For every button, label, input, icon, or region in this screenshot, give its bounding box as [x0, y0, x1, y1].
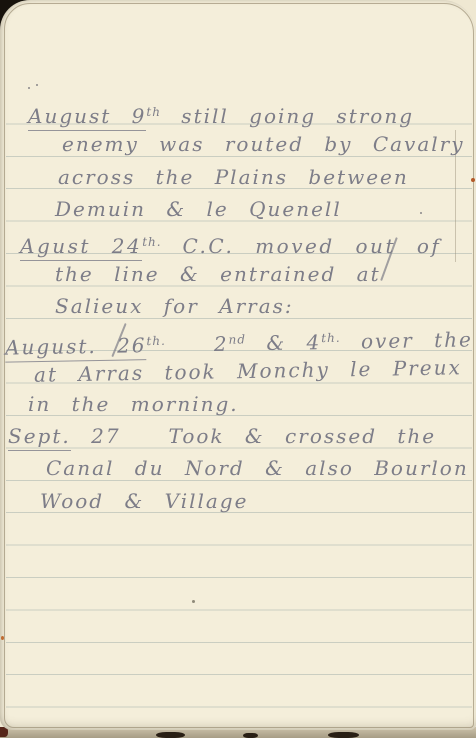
- handwriting-text: across the Plains between: [58, 165, 409, 189]
- ordinal-superscript: th.: [321, 331, 341, 345]
- scanned-notebook-photo: August 9th still going strongenemy was r…: [0, 0, 476, 738]
- page-stack-mark: [243, 733, 258, 738]
- handwriting-text: the line & entrained at: [55, 262, 381, 286]
- date-underlined: Sept.: [8, 424, 71, 451]
- diary-page: August 9th still going strongenemy was r…: [0, 0, 476, 730]
- handwriting-layer: August 9th still going strongenemy was r…: [0, 0, 476, 730]
- handwriting-text: Took & crossed the: [169, 424, 437, 448]
- ordinal-superscript: th.: [146, 334, 166, 348]
- diary-line-4: Demuin & le Quenell: [55, 196, 342, 222]
- handwriting-text: C.C. moved out of: [162, 234, 442, 258]
- diary-line-12: Canal du Nord & also Bourlon: [46, 455, 469, 481]
- date-underlined: August 9: [28, 104, 146, 131]
- handwriting-text: at Arras took Monchy le Preux: [34, 355, 462, 386]
- diary-line-13: Wood & Village: [40, 488, 248, 514]
- diary-line-1: August 9th still going strong: [28, 99, 414, 129]
- ordinal-superscript: th.: [142, 235, 161, 249]
- date-underlined: Agust 24: [20, 234, 142, 261]
- diary-line-5: Agust 24th. C.C. moved out of: [20, 229, 441, 259]
- handwriting-text: Wood & Village: [40, 489, 248, 513]
- handwriting-text: 2: [214, 332, 229, 356]
- diary-line-10: in the morning.: [28, 391, 239, 417]
- handwriting-text: 27: [71, 424, 121, 448]
- ordinal-superscript: nd: [228, 332, 246, 346]
- diary-line-11: Sept. 27Took & crossed the: [8, 423, 436, 449]
- page-stack-mark: [156, 732, 185, 738]
- page-stack-mark: [328, 732, 359, 738]
- handwriting-text: Salieux for Arras:: [55, 294, 294, 318]
- diary-line-6: the line & entrained at: [55, 261, 381, 287]
- handwriting-text: Canal du Nord & also Bourlon: [46, 456, 469, 480]
- diary-line-2: enemy was routed by Cavalry: [62, 131, 465, 157]
- ordinal-superscript: th: [146, 105, 161, 119]
- handwriting-text: Demuin & le Quenell: [55, 197, 342, 221]
- handwriting-text: still going strong: [161, 104, 414, 128]
- date-underlined: August. 26: [5, 333, 147, 362]
- handwriting-text: & 4: [246, 330, 322, 355]
- handwriting-text: over the top: [340, 326, 476, 353]
- handwriting-text: in the morning.: [28, 392, 239, 416]
- diary-line-7: Salieux for Arras:: [55, 293, 294, 319]
- diary-line-3: across the Plains between: [58, 164, 409, 190]
- handwriting-text: enemy was routed by Cavalry: [62, 132, 465, 156]
